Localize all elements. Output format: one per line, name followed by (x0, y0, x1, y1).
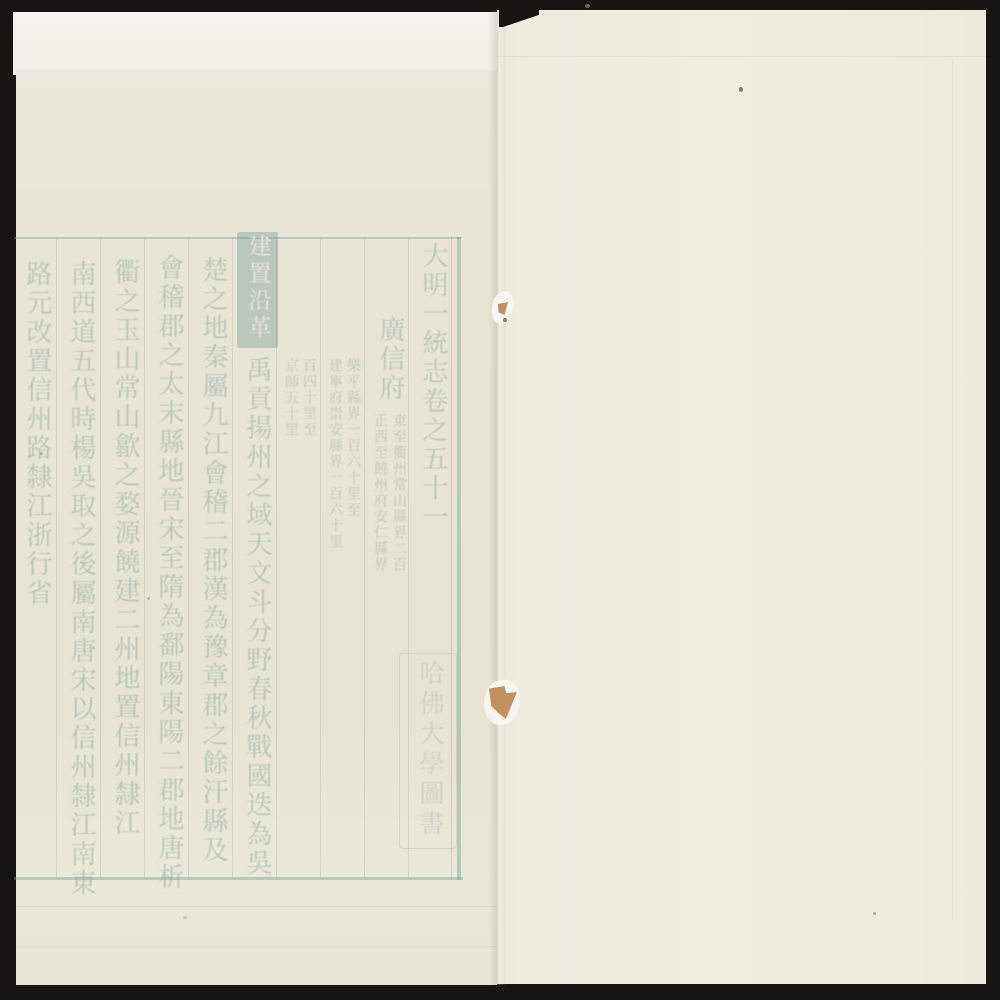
entry-note-col1-left: 正西至饒州府安仁縣界 (371, 413, 387, 643)
text-frame-right-border-thick (457, 237, 461, 880)
entry-note-col3-right: 百四十里至 (300, 358, 316, 558)
library-seal-text: 哈佛大學圖書 (413, 660, 445, 842)
backing-sheet (13, 12, 497, 75)
speck (739, 87, 743, 92)
speck (873, 912, 876, 915)
column-rule (188, 238, 189, 878)
body-column: 衢之玉山常山歙之婺源饒建二州地置信州隸江 (106, 258, 144, 880)
entry-note-col1-right: 東至衢州常山縣界二百 (390, 413, 406, 643)
speck (183, 916, 187, 919)
entry-note-col2-right: 樂平縣界一百六十里至 (344, 358, 360, 688)
speck (585, 4, 590, 8)
right-page-crease-vertical (952, 60, 954, 920)
speck (503, 318, 507, 322)
right-page-crease (497, 56, 986, 58)
speck (147, 597, 150, 600)
column-rule (364, 238, 365, 878)
column-rule (56, 238, 57, 878)
left-page-crease (16, 906, 497, 908)
body-column: 路元改置信州路隸江浙行省 (18, 260, 56, 880)
section-header-block: 建置沿革 (237, 232, 278, 348)
body-column: 禹貢揚州之域天文斗分野春秋戰國迭為吳 (238, 356, 276, 880)
left-page-crease (16, 946, 497, 948)
entry-note-col2-left: 建寧府崇安縣界一百六十里 (326, 358, 342, 688)
body-column: 楚之地秦屬九江會稽二郡漢為豫章郡之餘汗縣及 (194, 256, 232, 880)
book-gutter-fold (488, 10, 506, 985)
speck (40, 452, 43, 455)
entry-note-col3-left: 京師五十里 (282, 358, 298, 558)
column-rule (320, 238, 321, 878)
entry-heading: 廣信府 (371, 316, 409, 426)
body-column: 南西道五代時楊吳取之後屬南唐宋以信州隸江南東 (62, 260, 100, 880)
column-rule (144, 238, 145, 878)
column-rule (100, 238, 101, 878)
section-header-label: 建置沿革 (238, 234, 278, 346)
right-page (497, 10, 986, 984)
column-rule (232, 238, 233, 878)
body-column: 會稽郡之太末縣地晉宋至隋為鄱陽東陽二郡地唐析 (150, 254, 188, 880)
library-seal: 哈佛大學圖書 (399, 653, 457, 849)
